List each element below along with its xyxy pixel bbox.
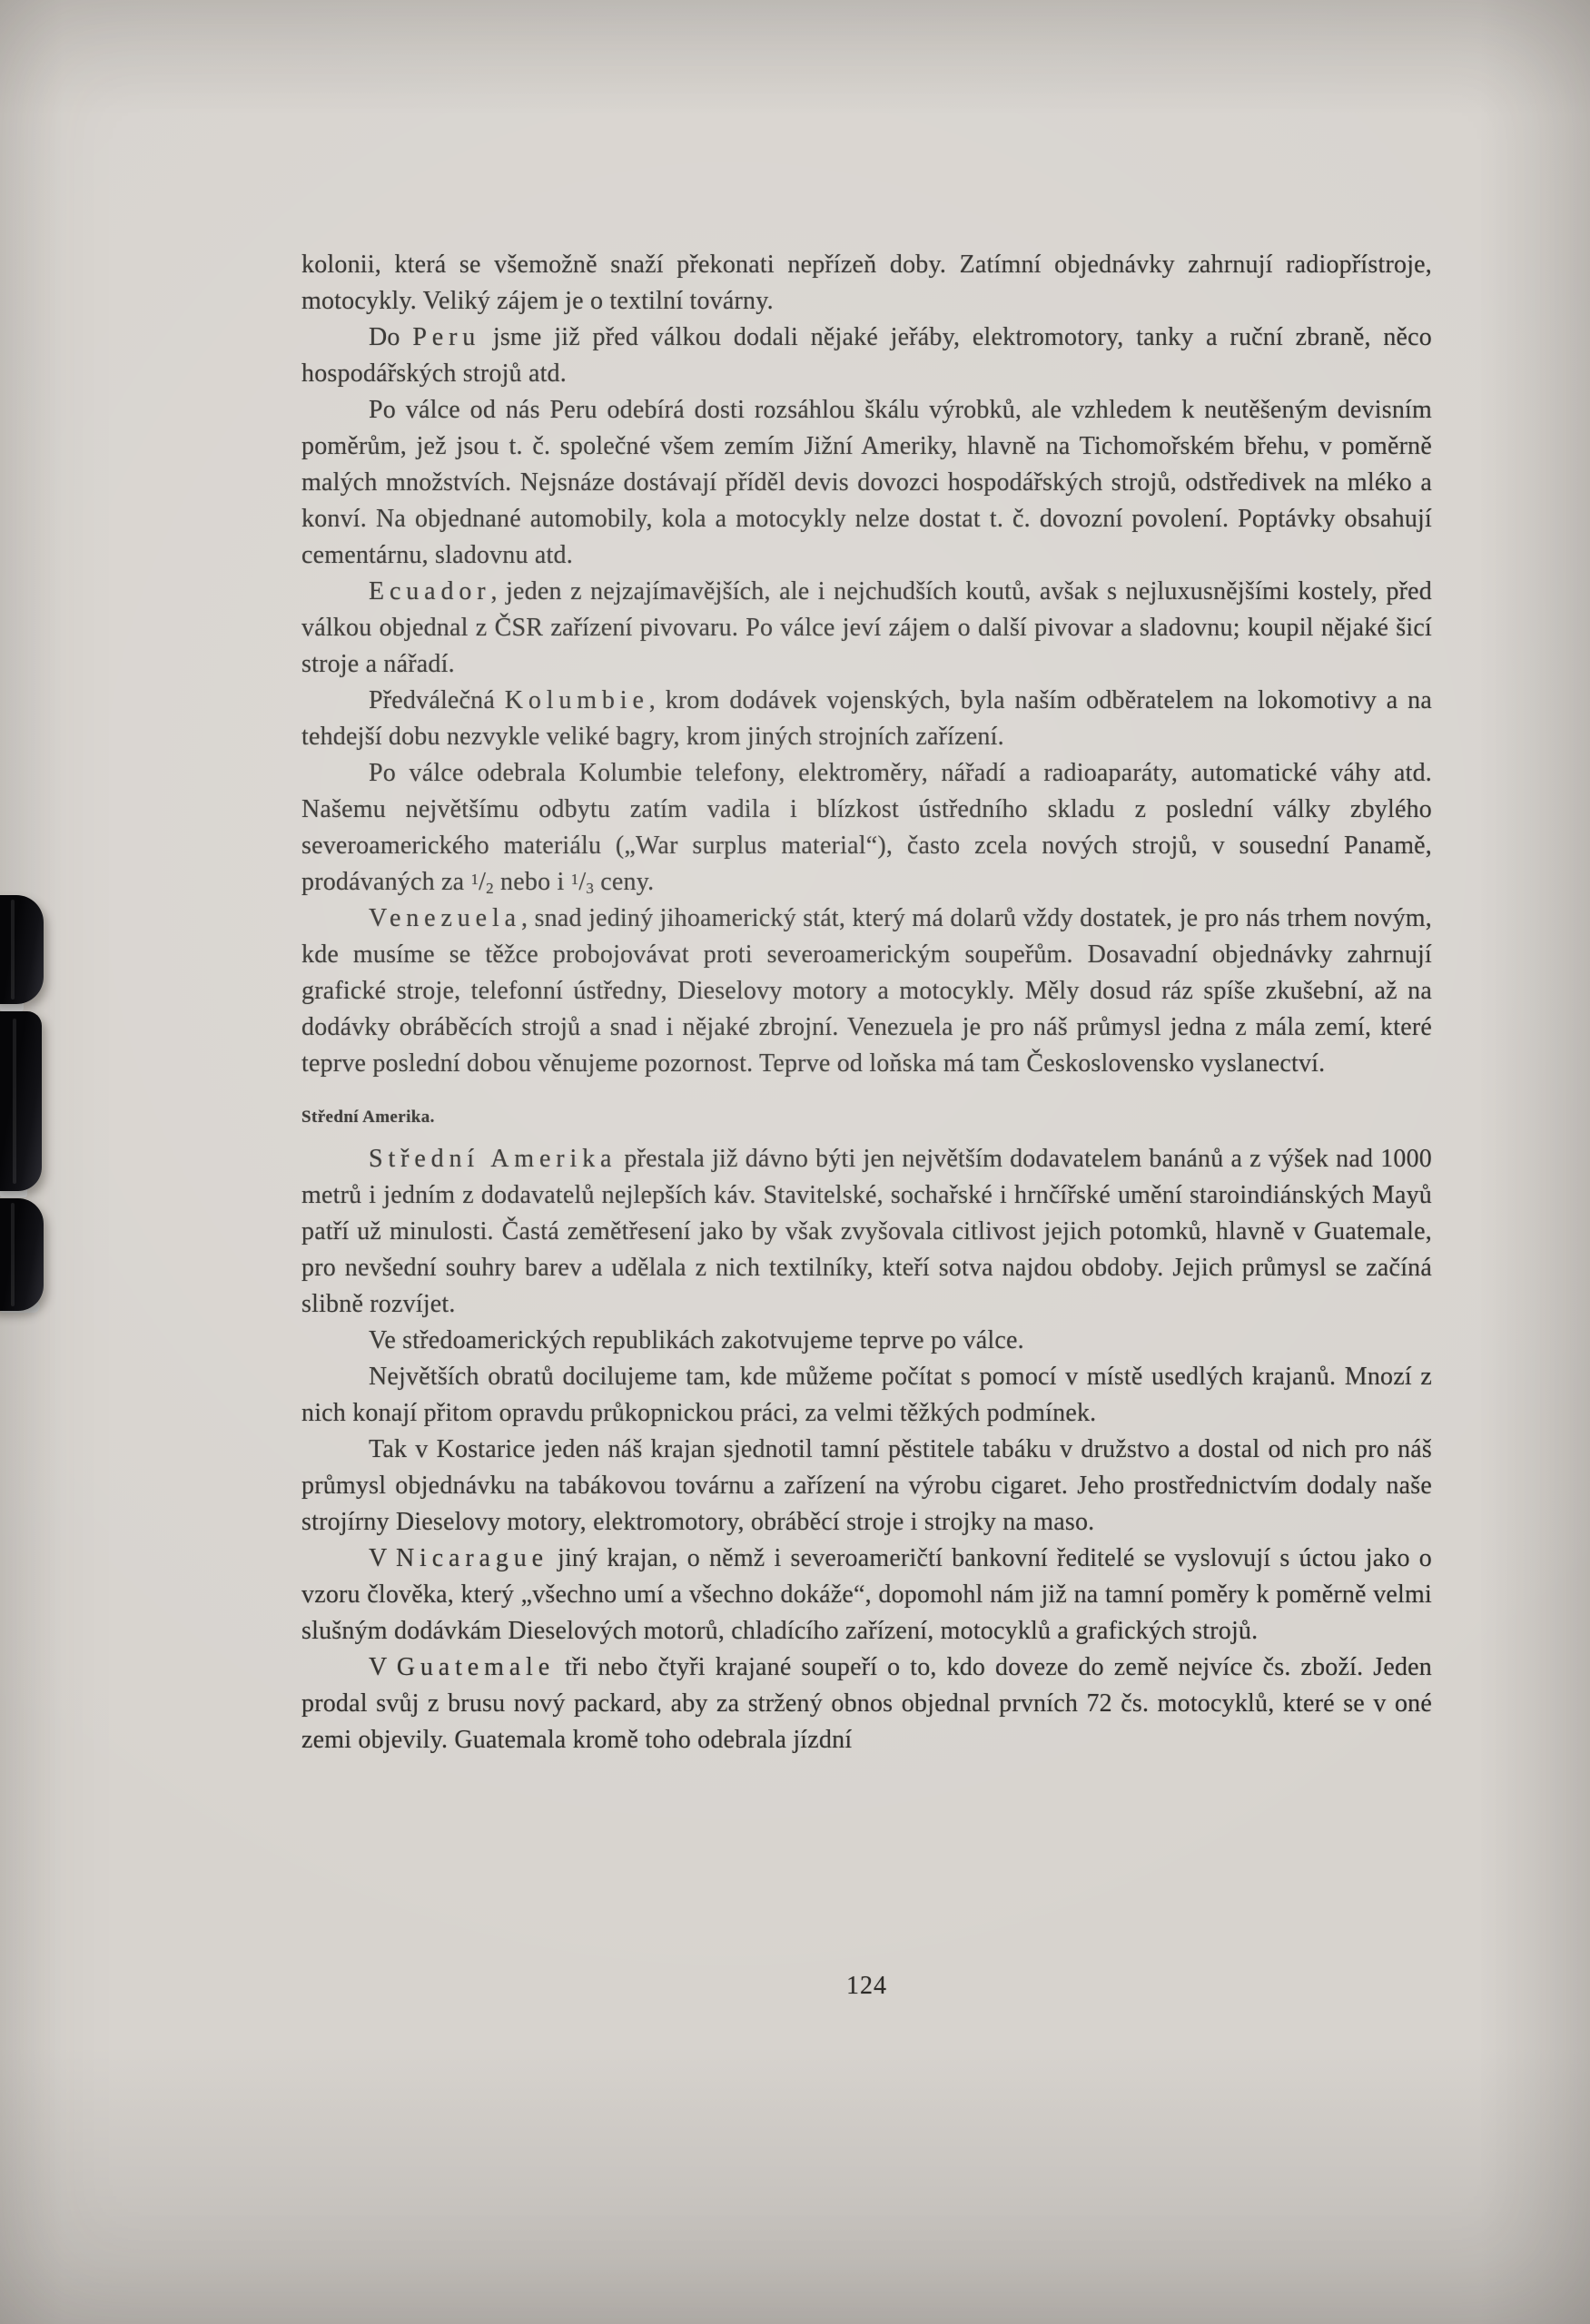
paragraph: kolonii, která se všemožně snaží překona… [301,247,1432,320]
text-run: nebo i [494,868,571,896]
emphasized-name: Ecuador [369,577,490,606]
fraction: 1/2 [470,868,493,896]
fraction: 1/3 [571,868,594,896]
paragraph: V Nicarague jiný krajan, o němž i severo… [301,1541,1432,1649]
text-run: Předválečná [369,686,505,714]
paragraph: Venezuela, snad jediný jihoamerický stát… [301,901,1432,1082]
text-run: Ve středoamerických republikách zakotvuj… [369,1326,1024,1354]
page-text-flow: kolonii, která se všemožně snaží překona… [301,247,1432,1758]
binder-clip-segment-middle [0,1011,42,1191]
emphasized-name: Kolumbie [505,686,649,714]
emphasized-name: Střední Amerika [369,1145,617,1173]
emphasized-name: Peru [412,323,480,351]
emphasized-name: Venezuela [369,904,521,932]
emphasized-name: Nicarague [396,1544,548,1572]
text-run: kolonii, která se všemožně snaží překona… [301,251,1432,315]
paragraph: Střední Amerika přestala již dávno býti … [301,1141,1432,1323]
book-page-photo: kolonii, která se všemožně snaží překona… [0,0,1590,2324]
page-number: 124 [301,1968,1432,2004]
section-heading: Střední Amerika. [301,1106,1432,1129]
paragraph: Předválečná Kolumbie, krom dodávek vojen… [301,683,1432,755]
paragraph: Ve středoamerických republikách zakotvuj… [301,1323,1432,1359]
text-run: Do [369,323,412,351]
paragraph: Po válce odebrala Kolumbie telefony, ele… [301,755,1432,901]
emphasized-name: Guatemale [397,1653,555,1681]
text-run: Po válce od nás Peru odebírá dosti rozsá… [301,396,1432,569]
text-run: V [369,1544,396,1572]
text-run: V [369,1653,397,1681]
text-run: Tak v Kostarice jeden náš krajan sjednot… [301,1435,1432,1536]
text-run: Největších obratů docilujeme tam, kde mů… [301,1363,1432,1427]
text-run: ceny. [594,868,654,896]
paragraph: Ecuador, jeden z nejzajímavějších, ale i… [301,574,1432,683]
paragraph: Největších obratů docilujeme tam, kde mů… [301,1359,1432,1432]
binder-clip-segment-bottom [0,1198,44,1311]
binder-clip-segment-top [0,895,44,1004]
paragraph: V Guatemale tři nebo čtyři krajané soupe… [301,1649,1432,1758]
paragraph: Do Peru jsme již před válkou dodali něja… [301,320,1432,392]
paragraph: Tak v Kostarice jeden náš krajan sjednot… [301,1432,1432,1541]
paragraph: Po válce od nás Peru odebírá dosti rozsá… [301,392,1432,574]
